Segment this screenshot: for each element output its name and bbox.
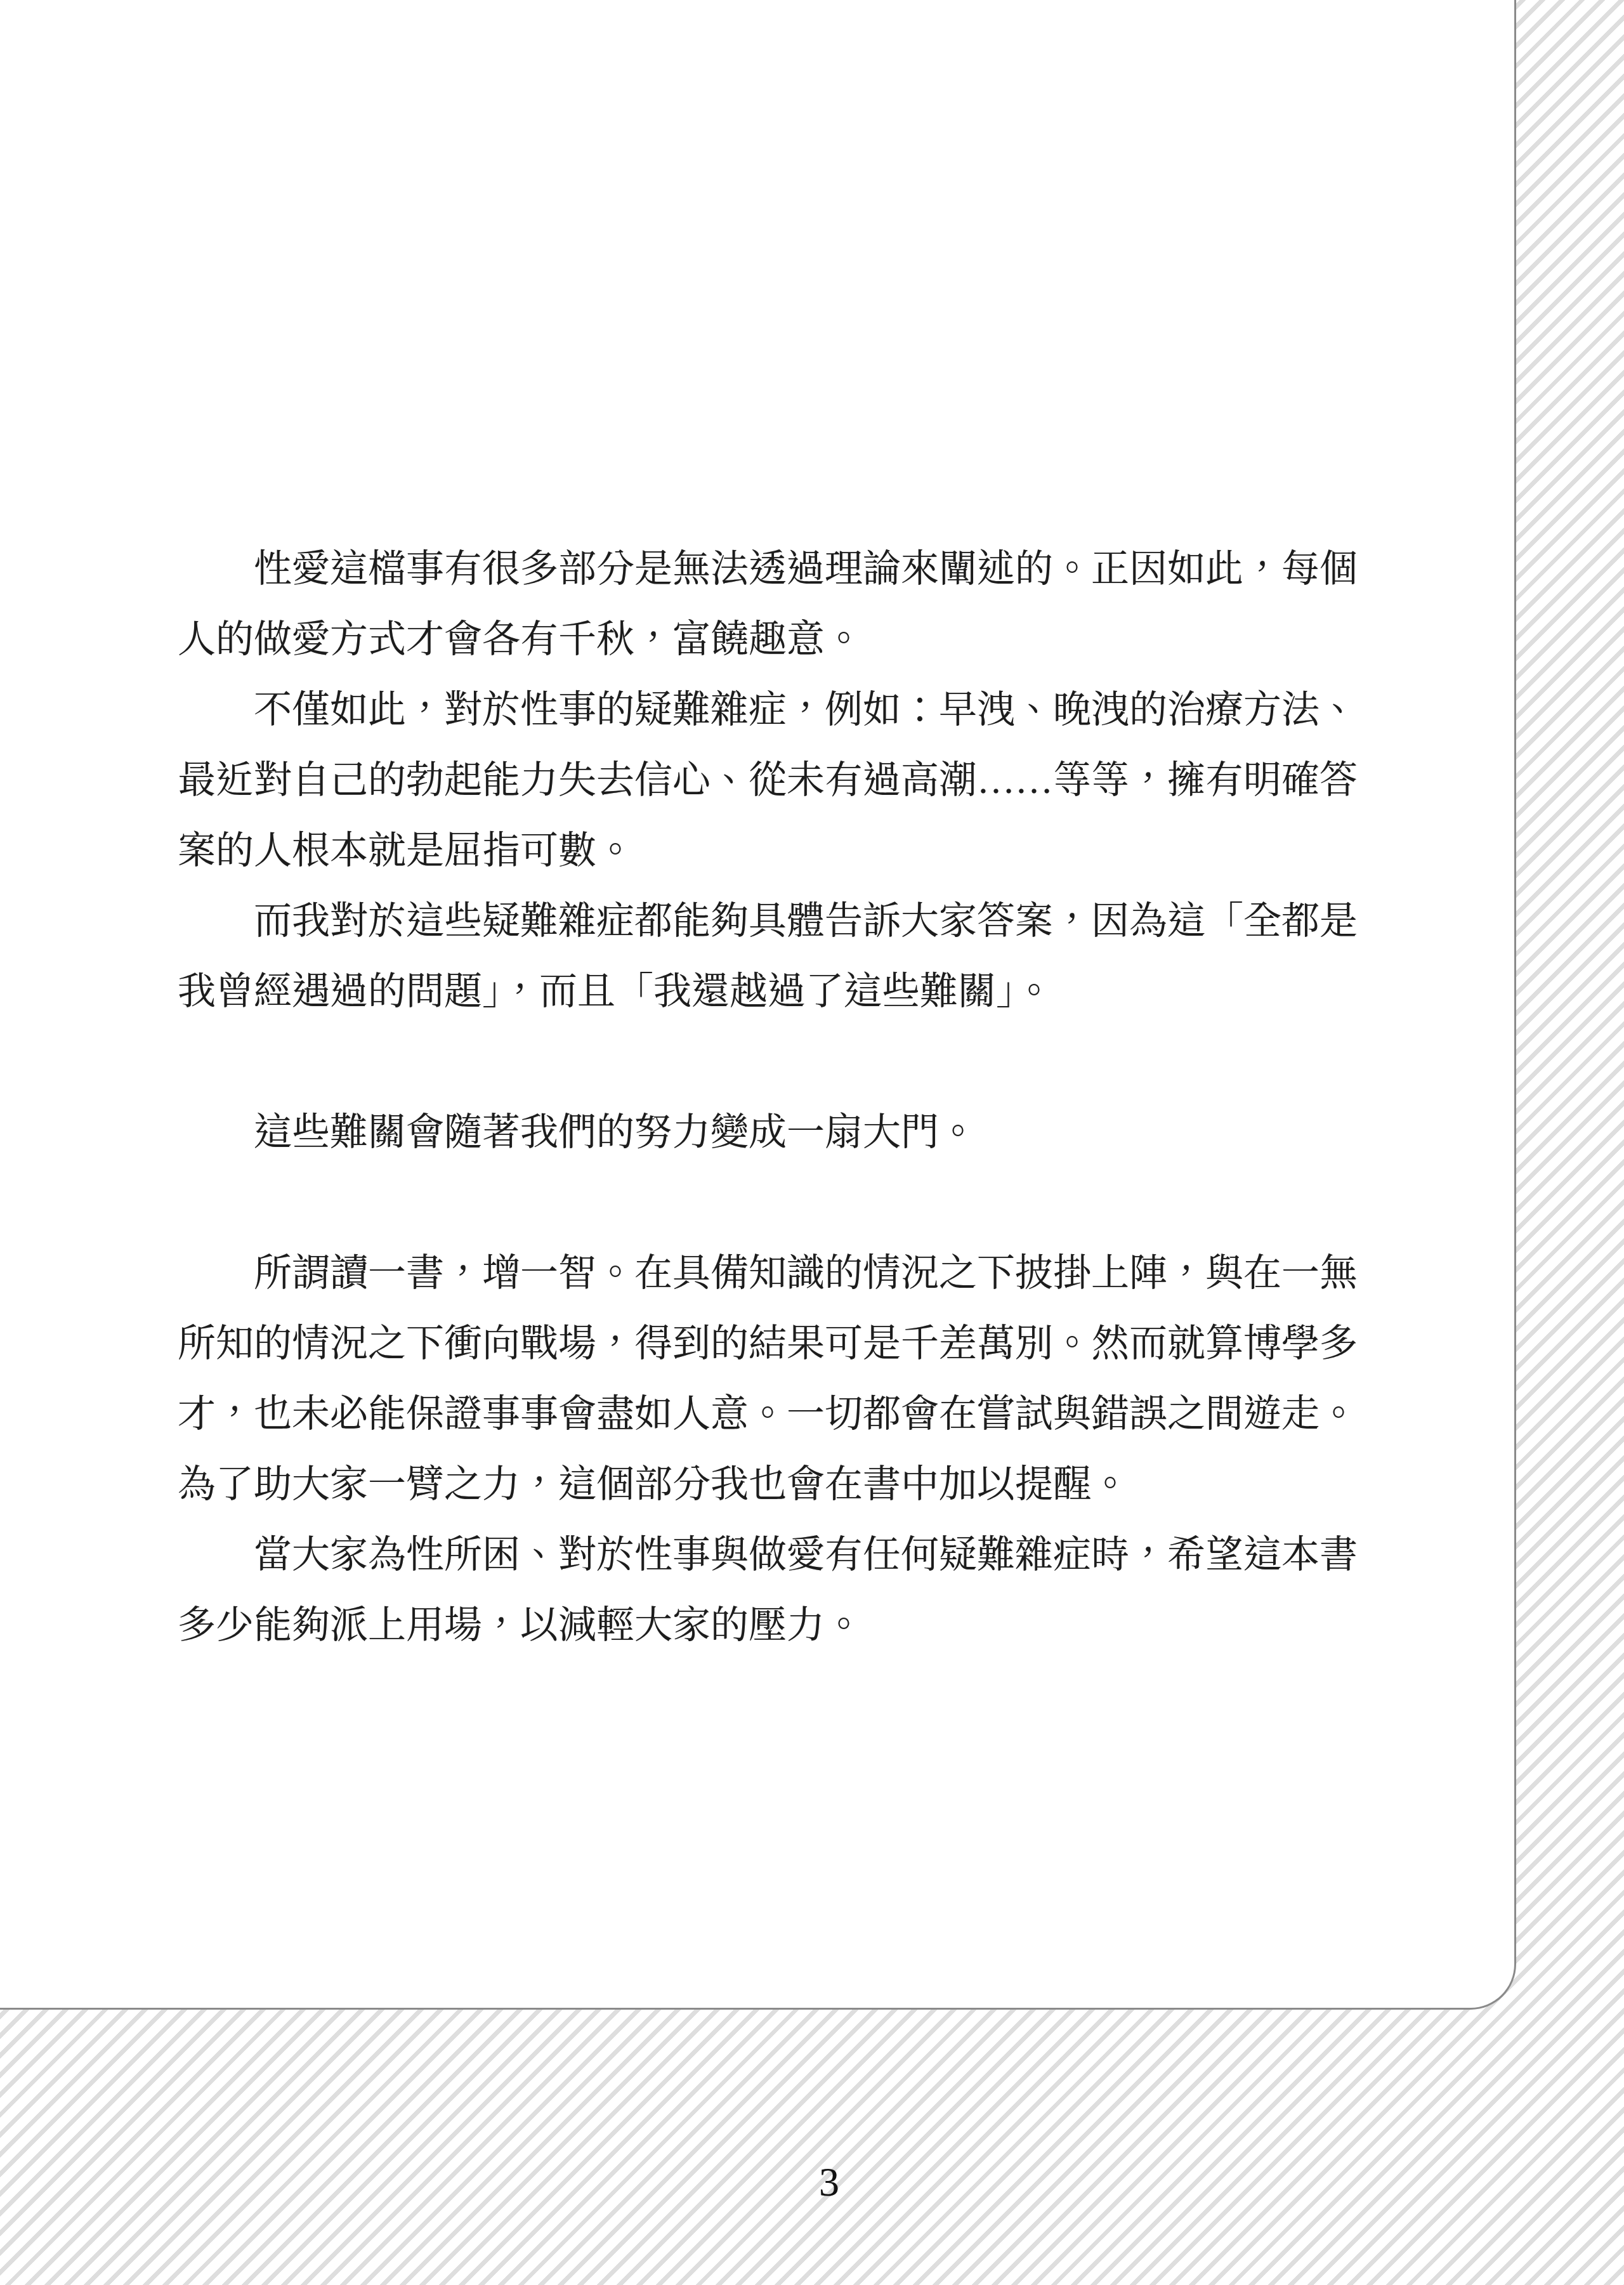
text-line: 我曾經遇過的問題」，而且「我還越過了這些難關」。 xyxy=(178,972,1053,1012)
text-line: 性愛這檔事有很多部分是無法透過理論來闡述的。正因如此，每個 xyxy=(178,549,1358,589)
text-line: 當大家為性所困、對於性事與做愛有任何疑難雜症時，希望這本書 xyxy=(178,1535,1358,1575)
text-line: 而我對於這些疑難雜症都能夠具體告訴大家答案，因為這「全都是 xyxy=(178,901,1358,941)
page-number: 3 xyxy=(819,2162,839,2203)
text-line: 這些難關會隨著我們的努力變成一扇大門。 xyxy=(178,1113,977,1153)
text-line: 案的人根本就是屈指可數。 xyxy=(178,831,634,871)
text-line: 不僅如此，對於性事的疑難雜症，例如：早洩、晚洩的治療方法、 xyxy=(178,690,1358,730)
text-line: 最近對自己的勃起能力失去信心、從未有過高潮……等等，擁有明確答 xyxy=(178,761,1358,801)
striped-background: 性愛這檔事有很多部分是無法透過理論來闡述的。正因如此，每個人的做愛方式才會各有千… xyxy=(0,0,1624,2285)
text-line: 人的做愛方式才會各有千秋，富饒趣意。 xyxy=(178,620,863,660)
text-line: 才，也未必能保證事事會盡如人意。一切都會在嘗試與錯誤之間遊走。 xyxy=(178,1394,1358,1434)
text-line: 所知的情況之下衝向戰場，得到的結果可是千差萬別。然而就算博學多 xyxy=(178,1324,1358,1364)
text-block: 性愛這檔事有很多部分是無法透過理論來闡述的。正因如此，每個人的做愛方式才會各有千… xyxy=(0,0,1514,2008)
text-line: 所謂讀一書，增一智。在具備知識的情況之下披掛上陣，與在一無 xyxy=(178,1254,1358,1293)
text-line: 為了助大家一臂之力，這個部分我也會在書中加以提醒。 xyxy=(178,1465,1129,1505)
text-line: 多少能夠派上用場，以減輕大家的壓力。 xyxy=(178,1606,863,1646)
book-page: 性愛這檔事有很多部分是無法透過理論來闡述的。正因如此，每個人的做愛方式才會各有千… xyxy=(0,0,1516,2010)
